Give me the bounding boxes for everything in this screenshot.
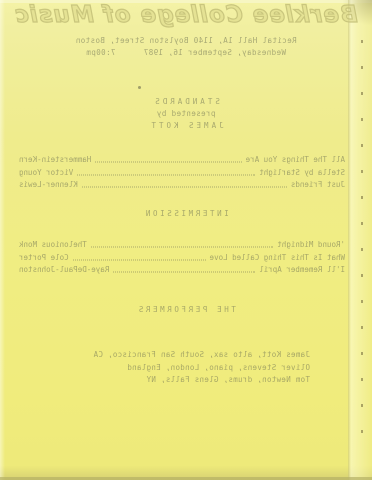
presented-by-label: presented by xyxy=(0,108,372,120)
composer-name: Hammerstein-Kern xyxy=(19,156,91,164)
performers-list: James Kott, alto sax, South San Francisc… xyxy=(54,349,310,387)
dotted-leader xyxy=(77,174,255,175)
dotted-leader xyxy=(91,247,274,248)
program-row: 'Round Midnight Thelonious Monk xyxy=(19,241,345,249)
presenter-name: JAMES KOTT xyxy=(0,120,372,132)
composer-name: Klenner-Lewis xyxy=(19,181,78,189)
song-title: I'll Remember April xyxy=(259,266,345,274)
song-title: All The Things You Are xyxy=(246,156,345,164)
composer-name: Thelonious Monk xyxy=(19,241,87,249)
song-title: What Is This Thing Called Love xyxy=(210,254,345,262)
dotted-leader xyxy=(82,187,287,188)
program-row: I'll Remember April Raye-DePaul-Johnston xyxy=(19,266,345,274)
composer-name: Cole Porter xyxy=(19,254,69,262)
date-line: Wednesday, September 16, 1987 7:00pm xyxy=(86,47,286,59)
berklee-logo-text: Berklee College of Music xyxy=(0,2,372,28)
date-text: Wednesday, September 16, 1987 xyxy=(143,47,286,59)
program-title: STANDARDS xyxy=(0,96,372,108)
program-row: All The Things You Are Hammerstein-Kern xyxy=(19,156,345,164)
scanned-program-page: Berklee College of Music Recital Hall 1A… xyxy=(0,0,372,480)
dotted-leader xyxy=(73,259,206,260)
program-list-first-half: All The Things You Are Hammerstein-Kern … xyxy=(19,156,345,194)
performer-line: Tom Newton, drums, Glens Falls, NY xyxy=(54,374,310,387)
song-title: 'Round Midnight xyxy=(277,241,345,249)
bleed-through-text-layer: Berklee College of Music Recital Hall 1A… xyxy=(0,0,372,480)
composer-name: Victor Young xyxy=(19,169,73,177)
time-text: 7:00pm xyxy=(86,47,116,59)
dotted-leader xyxy=(95,162,241,163)
program-row: What Is This Thing Called Love Cole Port… xyxy=(19,254,345,262)
title-block: STANDARDS presented by JAMES KOTT xyxy=(0,96,372,132)
intermission-label: INTERMISSION xyxy=(0,209,372,218)
song-title: Stella by Starlight xyxy=(259,169,345,177)
performers-heading: THE PERFORMERS xyxy=(0,305,372,314)
song-title: Just Friends xyxy=(291,181,345,189)
program-list-second-half: 'Round Midnight Thelonious Monk What Is … xyxy=(19,241,345,279)
dotted-leader xyxy=(113,272,255,273)
program-row: Just Friends Klenner-Lewis xyxy=(19,181,345,189)
composer-name: Raye-DePaul-Johnston xyxy=(19,266,109,274)
program-row: Stella by Starlight Victor Young xyxy=(19,169,345,177)
performer-line: Oliver Stevens, piano, London, England xyxy=(54,362,310,375)
performer-line: James Kott, alto sax, South San Francisc… xyxy=(54,349,310,362)
venue-line: Recital Hall 1A, 1140 Boylston Street, B… xyxy=(0,35,372,47)
